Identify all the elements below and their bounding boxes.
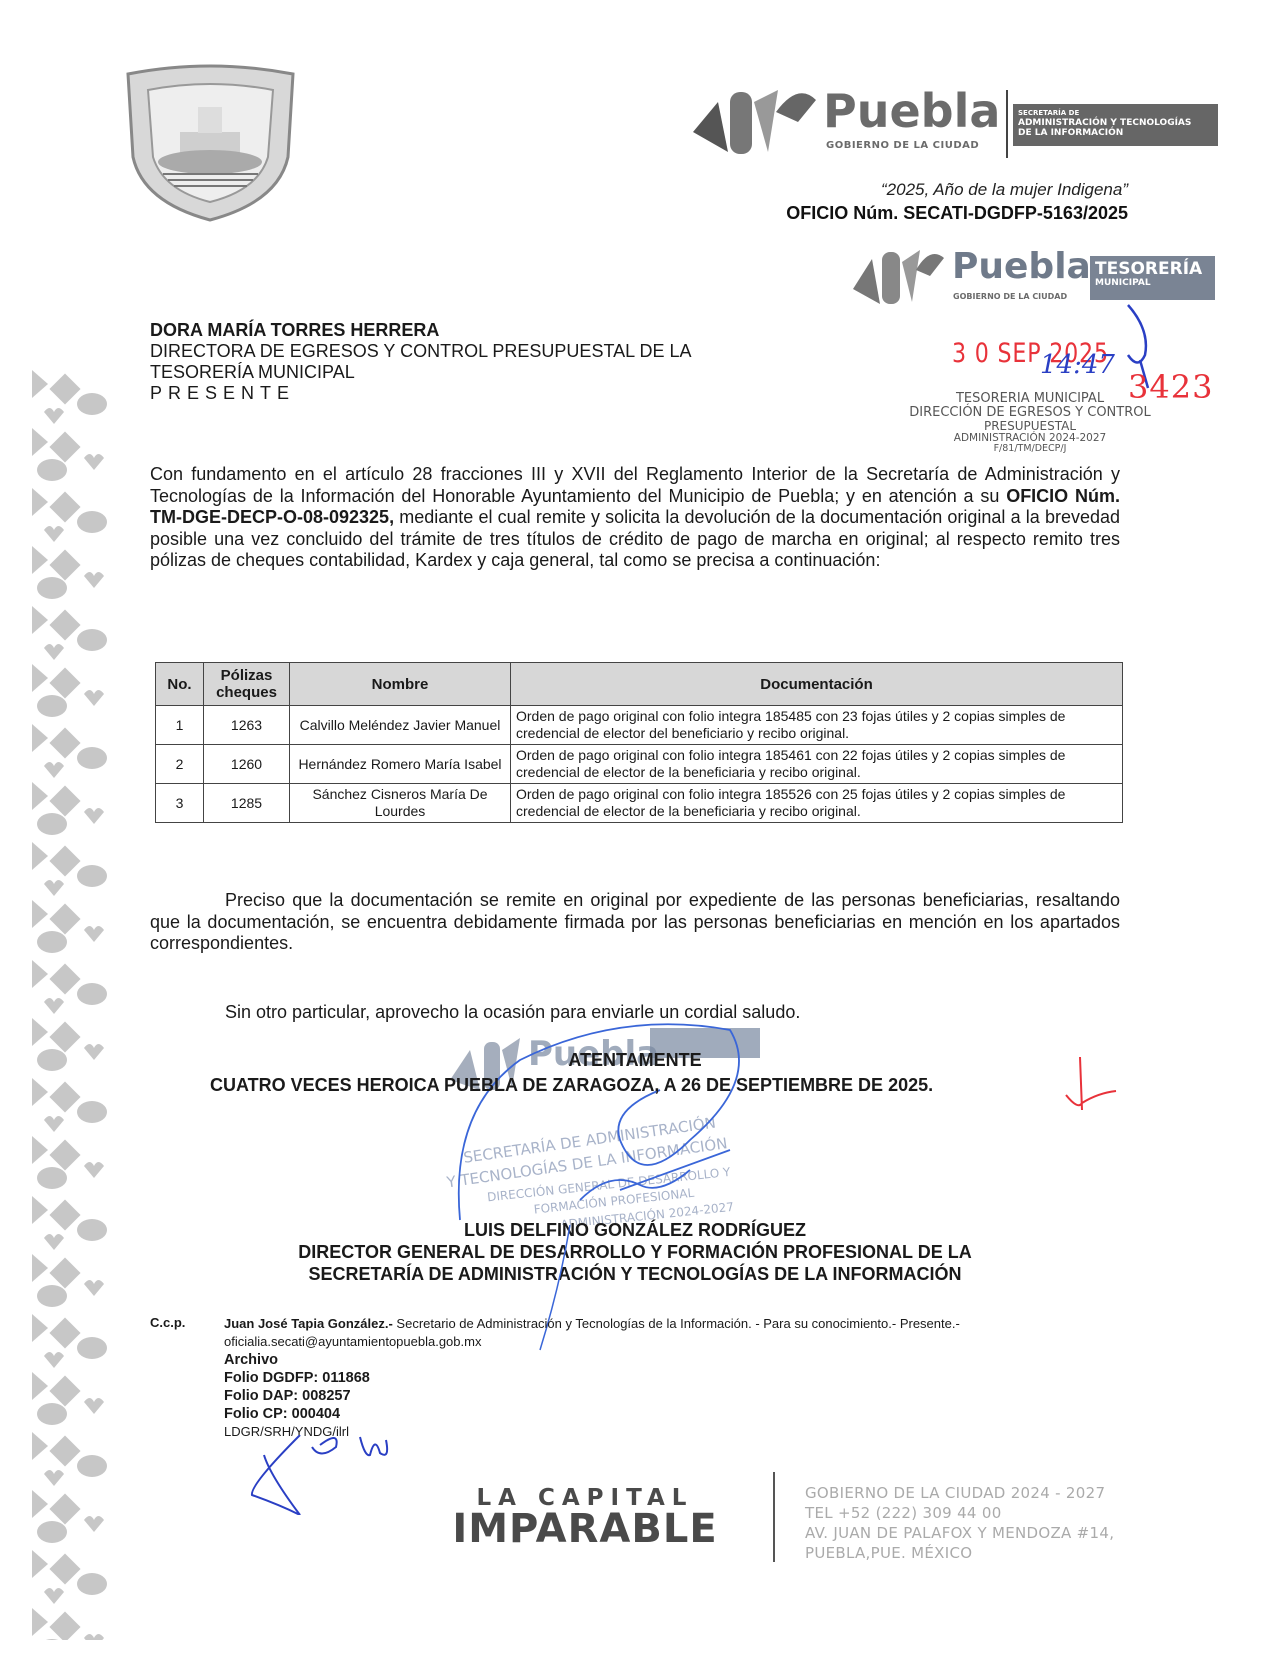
reception-time-handwritten: 14:47 <box>1040 350 1115 380</box>
col-header-documentacion: Documentación <box>511 663 1123 706</box>
addressee-name: DORA MARÍA TORRES HERRERA <box>150 320 691 341</box>
tesoreria-logo: Puebla GOBIERNO DE LA CIUDAD TESORERÍA M… <box>850 244 1225 314</box>
coat-of-arms-logo <box>118 62 303 222</box>
signer-name: LUIS DELFINO GONZÁLEZ RODRÍGUEZ <box>150 1219 1120 1241</box>
col-header-no: No. <box>156 663 204 706</box>
documents-table: No. Pólizas cheques Nombre Documentación… <box>155 662 1123 823</box>
signer-block: LUIS DELFINO GONZÁLEZ RODRÍGUEZ DIRECTOR… <box>150 1219 1120 1285</box>
table-header-row: No. Pólizas cheques Nombre Documentación <box>156 663 1123 706</box>
oficio-number: OFICIO Núm. SECATI-DGDFP-5163/2025 <box>786 203 1128 224</box>
red-check-mark <box>1058 1055 1118 1115</box>
tesoreria-badge: TESORERÍA MUNICIPAL <box>1090 256 1215 300</box>
addressee-position: DIRECTORA DE EGRESOS Y CONTROL PRESUPUES… <box>150 341 691 362</box>
closing-atentamente: ATENTAMENTE <box>150 1050 1120 1071</box>
puebla-secati-logo: Puebla GOBIERNO DE LA CIUDAD SECRETARÍA … <box>688 82 1223 162</box>
ccp-email: oficialia.secati@ayuntamientopuebla.gob.… <box>224 1333 960 1351</box>
signer-title: DIRECTOR GENERAL DE DESARROLLO Y FORMACI… <box>150 1241 1120 1263</box>
col-header-nombre: Nombre <box>290 663 511 706</box>
presente-label: PRESENTE <box>150 383 691 404</box>
ccp-archivo: Archivo <box>224 1351 960 1369</box>
logo-subtitle: GOBIERNO DE LA CIUDAD <box>826 140 979 151</box>
folio-cp: Folio CP: 000404 <box>224 1405 960 1423</box>
body-paragraph-1: Con fundamento en el artículo 28 fraccio… <box>150 464 1120 572</box>
footer-divider <box>773 1472 775 1562</box>
handwritten-initials-signature <box>240 1435 420 1515</box>
signer-title-cont: SECRETARÍA DE ADMINISTRACIÓN Y TECNOLOGÍ… <box>150 1263 1120 1285</box>
puebla-emblem-icon <box>850 244 945 309</box>
reception-stamp-text: TESORERIA MUNICIPAL DIRECCIÓN DE EGRESOS… <box>880 392 1180 455</box>
puebla-emblem-icon <box>688 82 818 162</box>
table-row: 1 1263 Calvillo Meléndez Javier Manuel O… <box>156 706 1123 745</box>
folio-dap: Folio DAP: 008257 <box>224 1387 960 1405</box>
la-capital-imparable-logo: LA CAPITAL IMPARABLE <box>435 1485 735 1547</box>
year-motto: “2025, Año de la mujer Indigena” <box>881 180 1128 200</box>
secretaria-badge: SECRETARÍA DE ADMINISTRACIÓN Y TECNOLOGÍ… <box>1013 104 1218 146</box>
addressee-position-cont: TESORERÍA MUNICIPAL <box>150 362 691 383</box>
ccp-person: Juan José Tapia González.- <box>224 1316 393 1331</box>
ccp-block: Juan José Tapia González.- Secretario de… <box>224 1315 960 1441</box>
body-paragraph-2: Preciso que la documentación se remite e… <box>150 890 1120 955</box>
closing-place-date: CUATRO VECES HEROICA PUEBLA DE ZARAGOZA,… <box>210 1075 933 1096</box>
ccp-label: C.c.p. <box>150 1315 185 1330</box>
slogan-bottom: IMPARABLE <box>435 1511 735 1547</box>
folio-dgdfp: Folio DGDFP: 011868 <box>224 1369 960 1387</box>
table-row: 3 1285 Sánchez Cisneros María De Lourdes… <box>156 784 1123 823</box>
footer-contact-info: GOBIERNO DE LA CIUDAD 2024 - 2027 TEL +5… <box>805 1483 1114 1563</box>
table-row: 2 1260 Hernández Romero María Isabel Ord… <box>156 745 1123 784</box>
col-header-polizas: Pólizas cheques <box>204 663 290 706</box>
decorative-border-pattern <box>30 370 110 1640</box>
logo-wordmark: Puebla <box>823 84 1000 138</box>
addressee-block: DORA MARÍA TORRES HERRERA DIRECTORA DE E… <box>150 320 691 404</box>
